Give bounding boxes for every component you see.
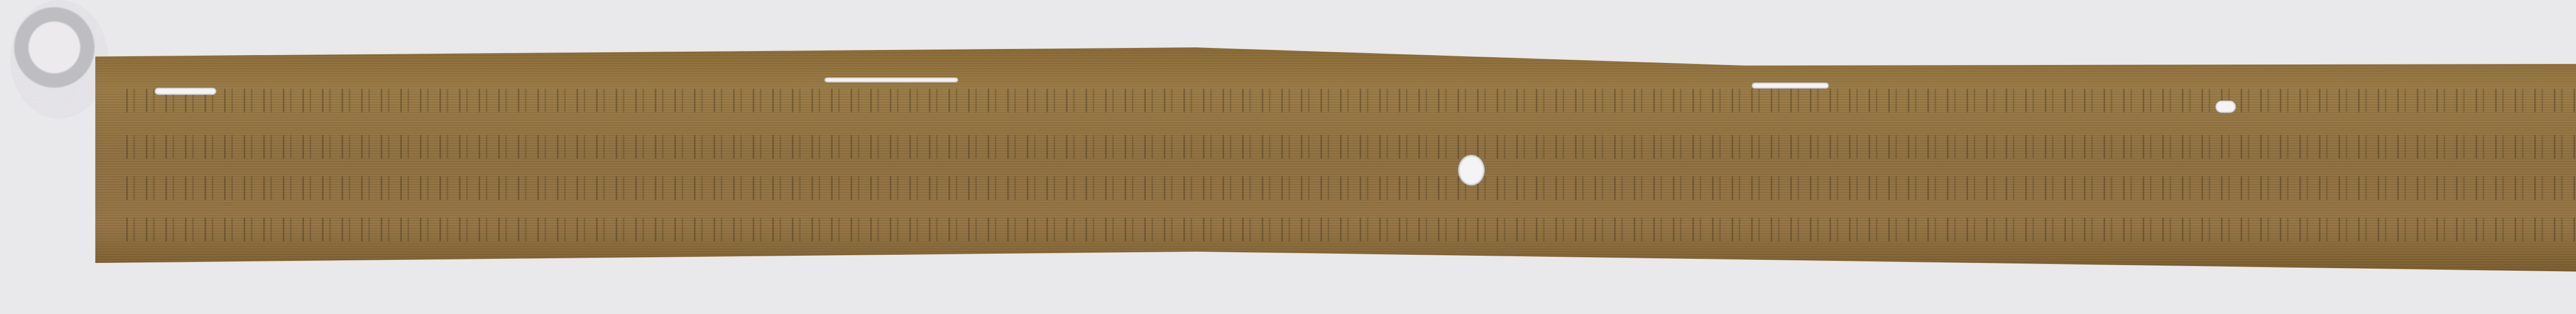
text-line-4 — [126, 218, 2576, 241]
text-line-1 — [126, 89, 2576, 112]
insect-damage — [2215, 101, 2236, 113]
insect-damage — [1752, 82, 1829, 89]
text-line-3 — [126, 176, 2576, 200]
string-hole — [1458, 155, 1485, 186]
palm-leaf-folio — [95, 47, 2576, 274]
insect-damage — [155, 88, 216, 95]
backdrop-circle-mark — [10, 0, 108, 119]
text-line-2 — [126, 135, 2576, 159]
insect-damage — [824, 77, 958, 82]
